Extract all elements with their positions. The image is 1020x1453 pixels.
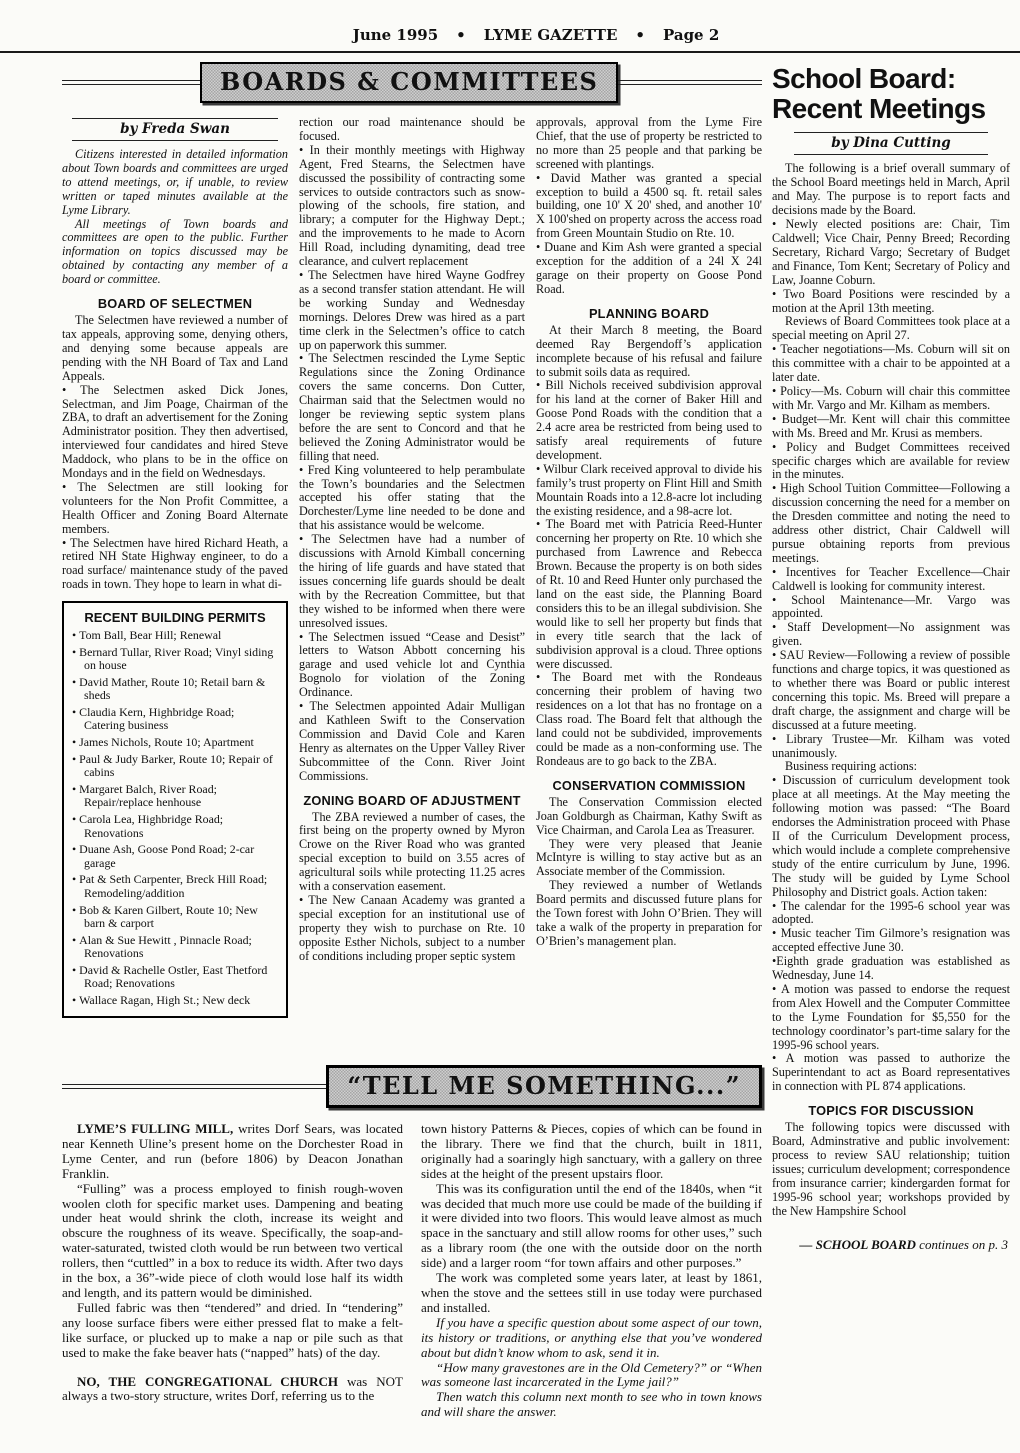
paragraph: • The Board met with Patricia Reed-Hunte… [536, 518, 762, 671]
paragraph: • Duane and Kim Ash were granted a speci… [536, 241, 762, 297]
permit-item: Tom Ball, Bear Hill; Renewal [72, 629, 278, 642]
paragraph: Business requiring actions: [772, 760, 1010, 774]
paragraph: • Bill Nichols received subdivision appr… [536, 379, 762, 462]
paragraph: • Incentives for Teacher Excellence—Chai… [772, 566, 1010, 594]
paragraph: rection our road maintenance should be f… [299, 116, 525, 144]
paragraph: • The Selectmen asked Dick Jones, Select… [62, 384, 288, 481]
paragraph: approvals, approval from the Lyme Fire C… [536, 116, 762, 172]
zba-paragraphs: The ZBA reviewed a number of cases, the … [299, 811, 525, 964]
selectmen-paragraphs: The Selectmen have reviewed a number of … [62, 314, 288, 592]
section-heading-zba: ZONING BOARD OF ADJUSTMENT [299, 793, 525, 808]
paragraph: • Library Trustee—Mr. Kilham was voted u… [772, 733, 1010, 761]
paragraph: • A motion was passed to endorse the req… [772, 983, 1010, 1053]
permit-item: Paul & Judy Barker, Route 10; Repair of … [72, 753, 278, 780]
boards-committees-banner: BOARDS & COMMITTEES [200, 62, 618, 103]
double-rule [62, 1084, 326, 1089]
paragraph: They reviewed a number of Wetlands Board… [536, 879, 762, 949]
masthead: June 1995 • LYME GAZETTE • Page 2 [62, 26, 1010, 44]
paragraph: • Discussion of curriculum development t… [772, 774, 1010, 899]
building-permits-box: RECENT BUILDING PERMITS Tom Ball, Bear H… [62, 601, 288, 1018]
paragraph: The Selectmen have reviewed a number of … [62, 314, 288, 384]
paragraph: • Budget—Mr. Kent will chair this commit… [772, 413, 1010, 441]
section-heading-topics: TOPICS FOR DISCUSSION [772, 1103, 1010, 1118]
headline-line: School Board: [772, 63, 956, 94]
bullet-separator: • [635, 26, 645, 44]
paragraph: •Eighth grade graduation was established… [772, 955, 1010, 983]
zba-paragraphs-cont: • David Mather was granted a special exc… [536, 172, 762, 297]
paragraph: • The Selectmen have hired Wayne Godfrey… [299, 269, 525, 352]
paragraph: • The calendar for the 1995-6 school yea… [772, 900, 1010, 928]
permits-list: Tom Ball, Bear Hill; RenewalBernard Tull… [72, 629, 278, 1007]
masthead-date: June 1995 [353, 26, 438, 44]
double-rule [618, 80, 762, 85]
section-heading-conservation: CONSERVATION COMMISSION [536, 778, 762, 793]
paragraph: • Wilbur Clark received approval to divi… [536, 463, 762, 519]
bullet-separator: • [456, 26, 466, 44]
newspaper-page: June 1995 • LYME GAZETTE • Page 2 BOARDS… [0, 0, 1020, 1453]
continuation-notice: — SCHOOL BOARD continues on p. 3 [772, 1237, 1010, 1253]
school-board-headline: School Board: Recent Meetings [772, 64, 1010, 124]
paragraph: • The Selectmen appointed Adair Mulligan… [299, 700, 525, 783]
paragraph: • School Maintenance—Mr. Vargo was appoi… [772, 594, 1010, 622]
tellme-column-left: LYME’S FULLING MILL, writes Dorf Sears, … [62, 1122, 403, 1420]
permit-item: James Nichols, Route 10; Apartment [72, 736, 278, 749]
boards-column-2: rection our road maintenance should be f… [299, 116, 525, 1051]
paragraph: • In their monthly meetings with Highway… [299, 144, 525, 269]
paragraph: • David Mather was granted a special exc… [536, 172, 762, 242]
paragraph: The following is a brief overall summary… [772, 162, 1010, 218]
continuation-lead: — SCHOOL BOARD [799, 1237, 919, 1252]
permit-item: Claudia Kern, Highbridge Road; Catering … [72, 706, 278, 733]
bold-lead: LYME’S FULLING MILL, [77, 1121, 233, 1136]
paragraph: “Fulling” was a process employed to fini… [62, 1182, 403, 1301]
paragraph: • SAU Review—Following a review of possi… [772, 649, 1010, 732]
paragraph: • The Selectmen rescinded the Lyme Septi… [299, 352, 525, 463]
section-heading-selectmen: BOARD OF SELECTMEN [62, 296, 288, 311]
section-heading-planning: PLANNING BOARD [536, 306, 762, 321]
bold-lead: NO, THE CONGREGATIONAL CHURCH [77, 1374, 338, 1389]
continuation-rest: continues on p. 3 [919, 1237, 1008, 1252]
tell-me-something-section: “TELL ME SOMETHING...” LYME’S FULLING MI… [62, 1065, 762, 1420]
permit-item: David & Rachelle Ostler, East Thetford R… [72, 964, 278, 991]
masthead-page-number: Page 2 [663, 26, 719, 44]
byline-rule [72, 118, 278, 119]
editor-note-paragraph: If you have a specific question about so… [421, 1316, 762, 1361]
paragraph: • Teacher negotiations—Ms. Coburn will s… [772, 343, 1010, 385]
paragraph: • The Selectmen issued “Cease and Desist… [299, 631, 525, 701]
tellme-banner-row: “TELL ME SOMETHING...” [62, 1065, 762, 1108]
masthead-title: LYME GAZETTE [484, 26, 618, 44]
conservation-paragraphs: The Conservation Commission elected Joan… [536, 796, 762, 949]
byline-rule [794, 132, 988, 133]
paragraph: • Policy and Budget Committees received … [772, 441, 1010, 483]
permit-item: Carola Lea, Highbridge Road; Renovations [72, 813, 278, 840]
editor-note-paragraph: “How many gravestones are in the Old Cem… [421, 1361, 762, 1391]
headline-line: Recent Meetings [772, 93, 986, 124]
boards-column-3: approvals, approval from the Lyme Fire C… [536, 116, 762, 1051]
boards-banner-row: BOARDS & COMMITTEES [62, 62, 762, 103]
planning-paragraphs: At their March 8 meeting, the Board deem… [536, 324, 762, 769]
paragraph: • Policy—Ms. Coburn will chair this comm… [772, 385, 1010, 413]
boards-column-1: by Freda Swan Citizens interested in det… [62, 116, 288, 1051]
intro-paragraph: All meetings of Town boards and committe… [62, 218, 288, 288]
paragraph: • Fred King volunteered to help perambul… [299, 464, 525, 534]
editor-note-paragraph: Then watch this column next month to see… [421, 1390, 762, 1420]
permit-item: Bernard Tullar, River Road; Vinyl siding… [72, 646, 278, 673]
byline-rule [72, 140, 278, 141]
byline-freda-swan: by Freda Swan [64, 121, 286, 137]
paragraph: • Music teacher Tim Gilmore’s resignatio… [772, 927, 1010, 955]
paragraph: The Conservation Commission elected Joan… [536, 796, 762, 838]
paragraph: This was its configuration until the end… [421, 1182, 762, 1271]
paragraph: town history Patterns & Pieces, copies o… [421, 1122, 762, 1182]
paragraph: • Staff Development—No assignment was gi… [772, 621, 1010, 649]
permit-item: Pat & Seth Carpenter, Breck Hill Road; R… [72, 873, 278, 900]
paragraph: Fulled fabric was then “tendered” and dr… [62, 1301, 403, 1361]
tell-me-something-banner: “TELL ME SOMETHING...” [326, 1065, 762, 1108]
paragraph: • The New Canaan Academy was granted a s… [299, 894, 525, 964]
permit-item: Duane Ash, Goose Pond Road; 2-car garage [72, 843, 278, 870]
paragraph: • The Board met with the Rondeaus concer… [536, 671, 762, 768]
paragraph: The ZBA reviewed a number of cases, the … [299, 811, 525, 894]
byline-block: by Dina Cutting [774, 132, 1008, 155]
paragraph: • The Selectmen are still looking for vo… [62, 481, 288, 537]
intro-paragraph: Citizens interested in detailed informat… [62, 148, 288, 218]
permit-item: David Mather, Route 10; Retail barn & sh… [72, 676, 278, 703]
boards-committees-section: BOARDS & COMMITTEES by Freda Swan Citize… [62, 62, 762, 1420]
paragraph: At their March 8 meeting, the Board deem… [536, 324, 762, 380]
permit-item: Alan & Sue Hewitt , Pinnacle Road; Renov… [72, 934, 278, 961]
permits-heading: RECENT BUILDING PERMITS [72, 610, 278, 625]
paragraph: • High School Tuition Committee—Followin… [772, 482, 1010, 565]
topics-paragraphs: The following topics were discussed with… [772, 1121, 1010, 1218]
byline-dina-cutting: by Dina Cutting [774, 135, 1008, 151]
byline-block: by Freda Swan [64, 118, 286, 141]
paragraph: NO, THE CONGREGATIONAL CHURCH was NOT al… [62, 1375, 403, 1405]
paragraph: • Newly elected positions are: Chair, Ti… [772, 218, 1010, 288]
byline-rule [794, 154, 988, 155]
permit-item: Bob & Karen Gilbert, Route 10; New barn … [72, 904, 278, 931]
school-board-section: School Board: Recent Meetings by Dina Cu… [772, 62, 1010, 1266]
masthead-rule [0, 51, 1020, 53]
permit-item: Margaret Balch, River Road; Repair/repla… [72, 783, 278, 810]
paragraph: • Two Board Positions were rescinded by … [772, 288, 1010, 316]
school-board-paragraphs: The following is a brief overall summary… [772, 162, 1010, 1094]
paragraph: LYME’S FULLING MILL, writes Dorf Sears, … [62, 1122, 403, 1182]
paragraph: They were very pleased that Jeanie McInt… [536, 838, 762, 880]
paragraph: The work was completed some years later,… [421, 1271, 762, 1316]
selectmen-paragraphs-cont: • In their monthly meetings with Highway… [299, 144, 525, 784]
paragraph: Reviews of Board Committees took place a… [772, 315, 1010, 343]
tellme-column-right: town history Patterns & Pieces, copies o… [421, 1122, 762, 1420]
permit-item: Wallace Ragan, High St.; New deck [72, 994, 278, 1007]
paragraph: • The Selectmen have had a number of dis… [299, 533, 525, 630]
paragraph: The following topics were discussed with… [772, 1121, 1010, 1218]
double-rule [62, 80, 200, 85]
paragraph: • The Selectmen have hired Richard Heath… [62, 537, 288, 593]
paragraph: • A motion was passed to authorize the S… [772, 1052, 1010, 1094]
